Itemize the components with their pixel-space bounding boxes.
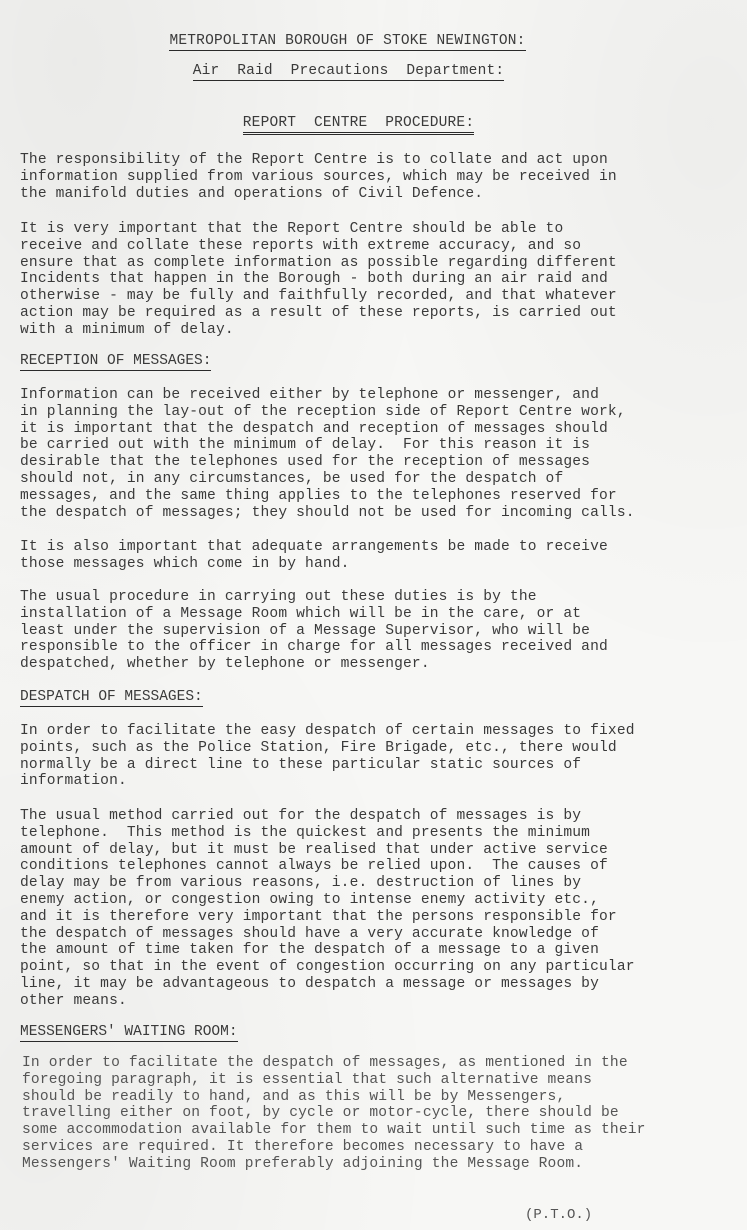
document-page: METROPOLITAN BOROUGH OF STOKE NEWINGTON:… [0, 0, 747, 1230]
borough-heading-text: METROPOLITAN BOROUGH OF STOKE NEWINGTON: [169, 33, 525, 51]
intro-paragraph-2: It is very important that the Report Cen… [20, 221, 617, 339]
intro-paragraph-1: The responsibility of the Report Centre … [20, 152, 617, 202]
reception-paragraph-1: Information can be received either by te… [20, 387, 635, 521]
section-heading-waiting-room-text: MESSENGERS' WAITING ROOM: [20, 1024, 238, 1042]
please-turn-over-note: (P.T.O.) [525, 1207, 592, 1223]
section-heading-reception: RECEPTION OF MESSAGES: [20, 353, 211, 369]
section-heading-despatch: DESPATCH OF MESSAGES: [20, 689, 203, 705]
despatch-paragraph-2: The usual method carried out for the des… [20, 808, 635, 1010]
document-title: REPORT CENTRE PROCEDURE: [0, 115, 732, 131]
reception-paragraph-2: It is also important that adequate arran… [20, 539, 608, 573]
borough-heading: METROPOLITAN BOROUGH OF STOKE NEWINGTON: [0, 33, 721, 49]
reception-paragraph-3: The usual procedure in carrying out thes… [20, 589, 608, 673]
waiting-room-paragraph-1: In order to facilitate the despatch of m… [22, 1055, 646, 1173]
document-title-text: REPORT CENTRE PROCEDURE: [243, 115, 474, 135]
despatch-paragraph-1: In order to facilitate the easy despatch… [20, 723, 635, 790]
department-heading: Air Raid Precautions Department: [0, 63, 722, 79]
section-heading-despatch-text: DESPATCH OF MESSAGES: [20, 689, 203, 707]
section-heading-waiting-room: MESSENGERS' WAITING ROOM: [20, 1024, 238, 1040]
department-heading-text: Air Raid Precautions Department: [193, 63, 505, 81]
section-heading-reception-text: RECEPTION OF MESSAGES: [20, 353, 211, 371]
